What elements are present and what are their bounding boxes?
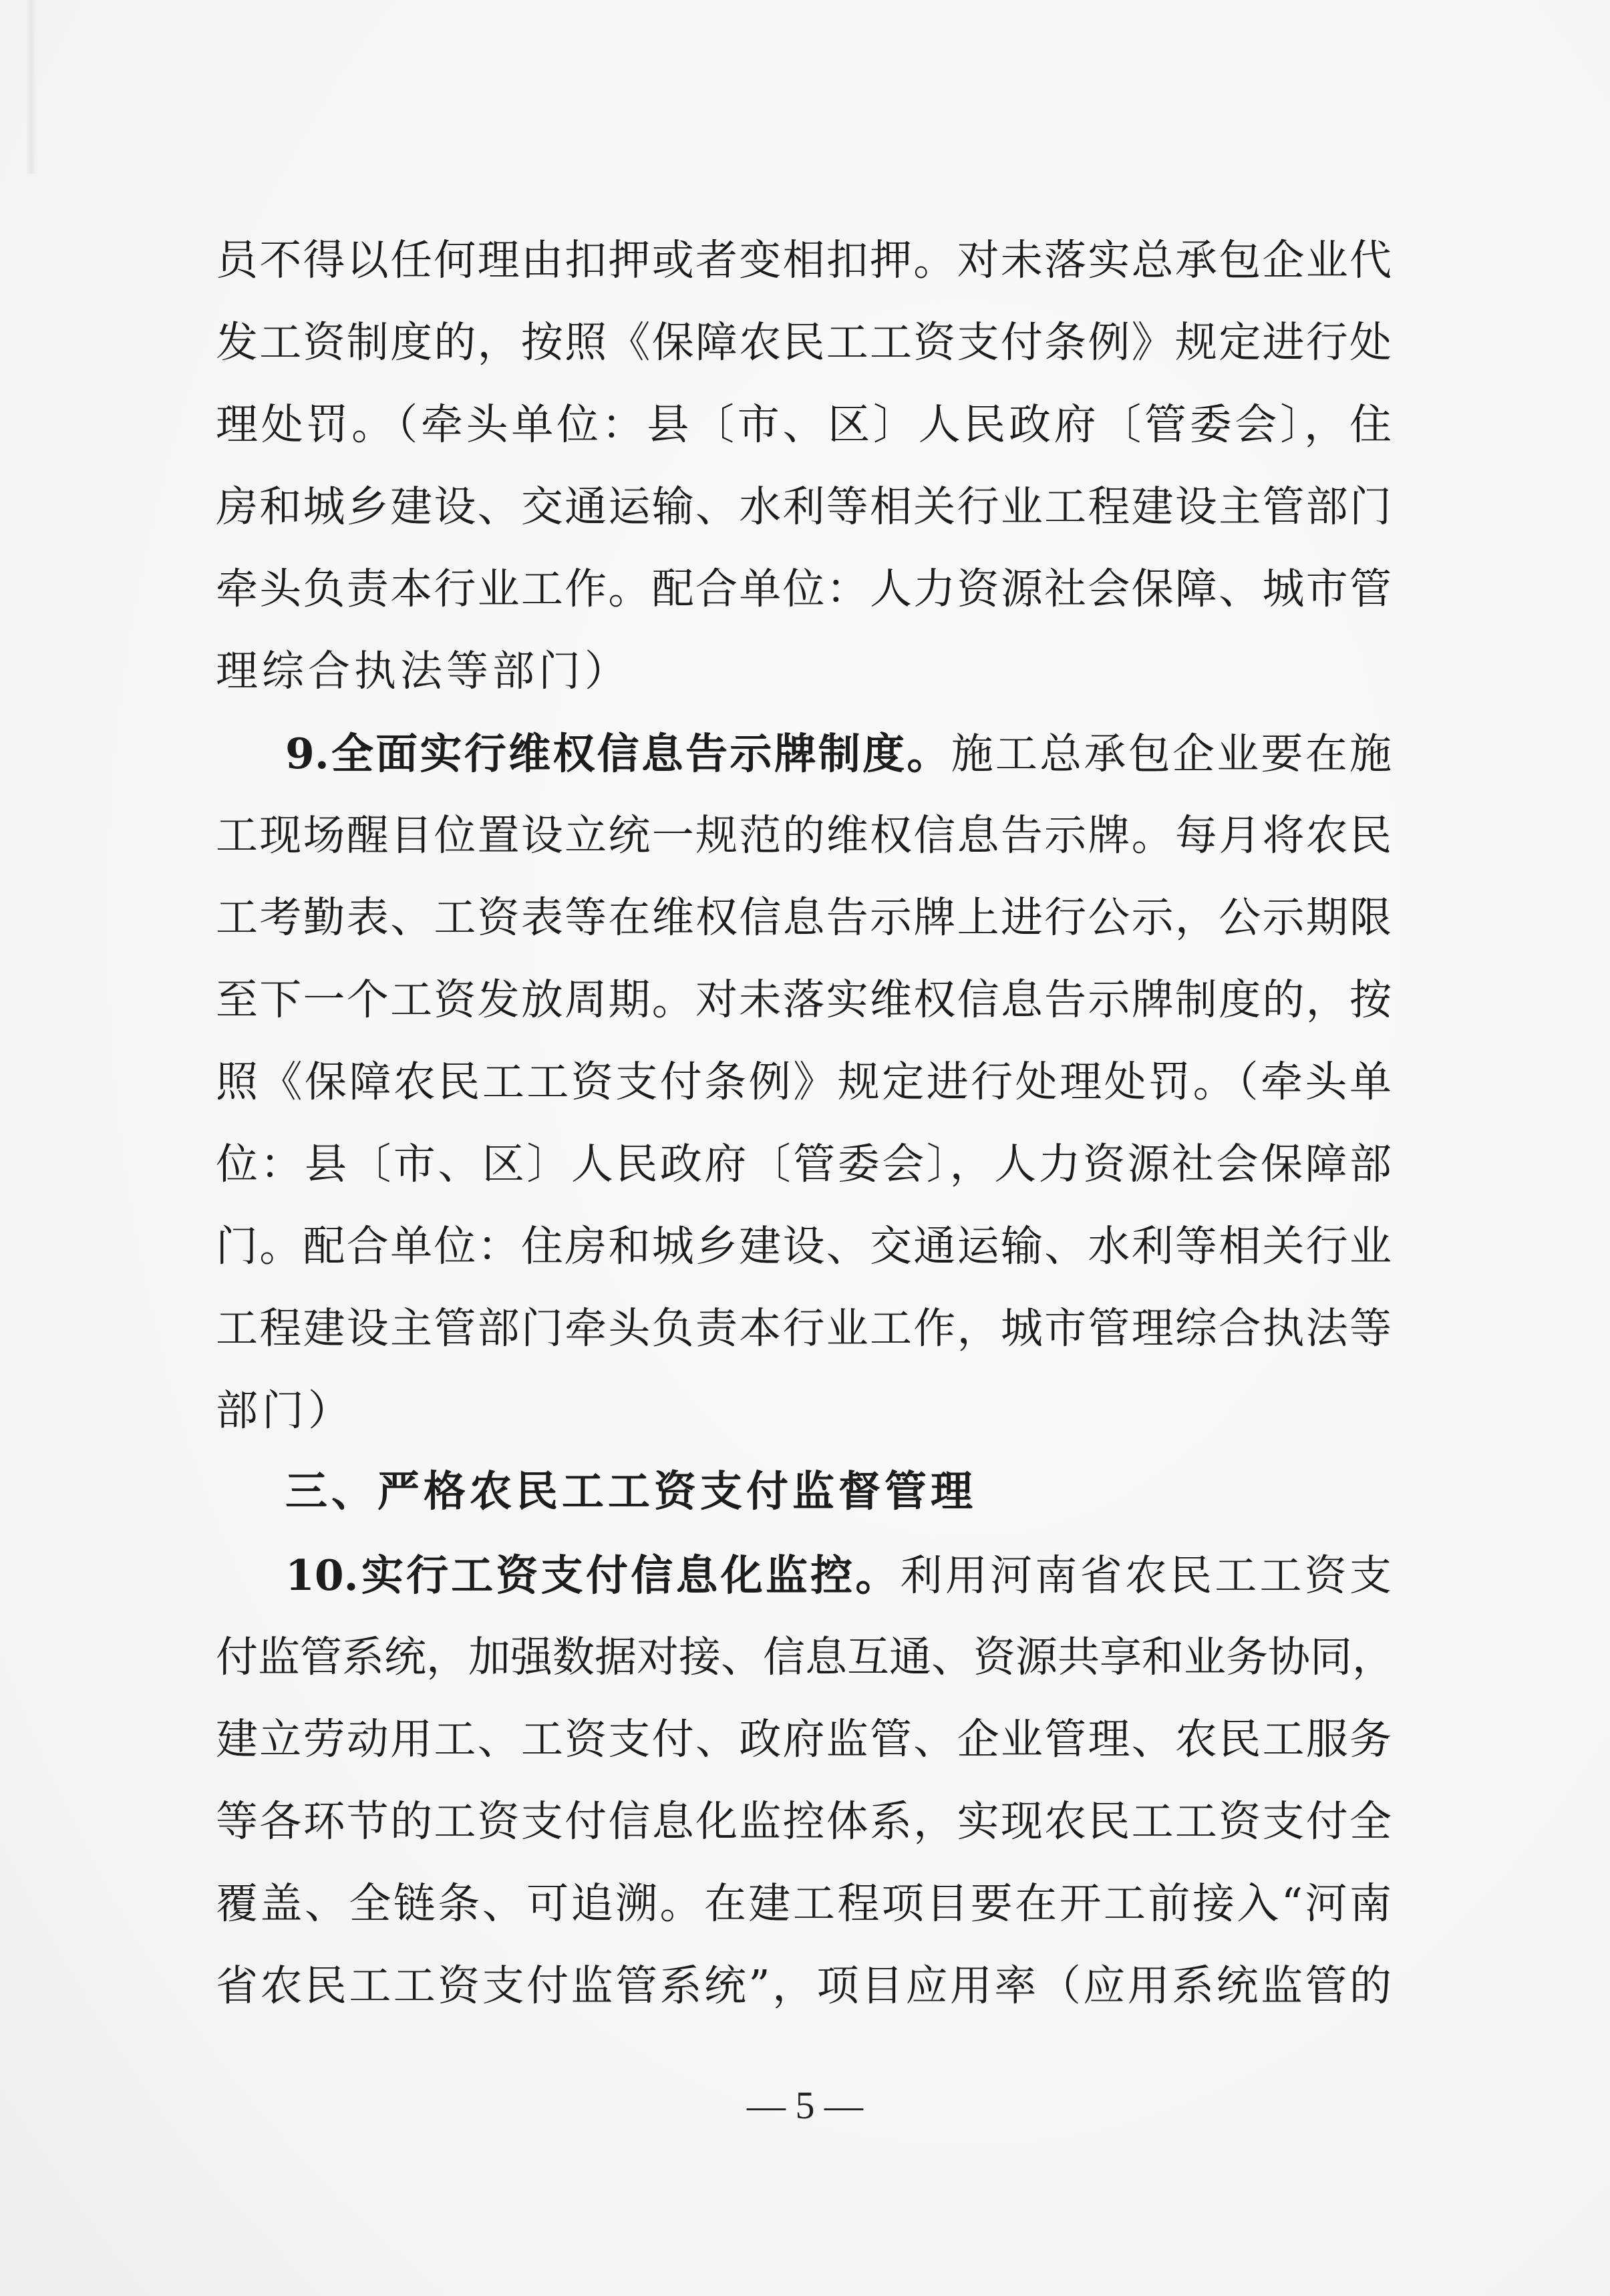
item-9-title: 9.全面实行维权信息告示牌制度。: [285, 729, 951, 778]
item-10-first-line: 10.实行工资支付信息化监控。利用河南省农民工工资支: [285, 1545, 1392, 1605]
body-line: 门。配合单位：住房和城乡建设、交通运输、水利等相关行业: [216, 1216, 1392, 1277]
body-line: 工现场醒目位置设立统一规范的维权信息告示牌。每月将农民: [216, 806, 1392, 866]
scan-fold-shadow: [27, 0, 36, 174]
body-line: 牵头负责本行业工作。配合单位：人力资源社会保障、城市管: [216, 559, 1392, 619]
item-10-title: 10.实行工资支付信息化监控。: [285, 1550, 901, 1600]
body-line: 房和城乡建设、交通运输、水利等相关行业工程建设主管部门: [216, 477, 1392, 537]
body-line: 理处罚。（牵头单位：县〔市、区〕人民政府〔管委会〕，住: [216, 395, 1392, 455]
body-line: 理综合执法等部门）: [216, 641, 1392, 701]
item-10-text: 利用河南省农民工工资支: [901, 1551, 1392, 1600]
section-heading: 三、严格农民工工资支付监督管理: [285, 1462, 1392, 1522]
body-line: 照《保障农民工工资支付条例》规定进行处理处罚。（牵头单: [216, 1052, 1392, 1112]
body-line: 发工资制度的，按照《保障农民工工资支付条例》规定进行处: [216, 313, 1392, 373]
body-line: 省农民工工资支付监管系统”，项目应用率（应用系统监管的: [216, 1956, 1392, 2016]
item-9-first-line: 9.全面实行维权信息告示牌制度。施工总承包企业要在施: [285, 723, 1392, 784]
document-page: 员不得以任何理由扣押或者变相扣押。对未落实总承包企业代 发工资制度的，按照《保障…: [0, 0, 1610, 2296]
body-line: 覆盖、全链条、可追溯。在建工程项目要在开工前接入“河南: [216, 1874, 1392, 1934]
body-line: 建立劳动用工、工资支付、政府监管、企业管理、农民工服务: [216, 1709, 1392, 1770]
body-line: 工程建设主管部门牵头负责本行业工作，城市管理综合执法等: [216, 1299, 1392, 1359]
body-line: 工考勤表、工资表等在维权信息告示牌上进行公示，公示期限: [216, 888, 1392, 948]
body-line: 员不得以任何理由扣押或者变相扣押。对未落实总承包企业代: [216, 230, 1392, 291]
body-line: 至下一个工资发放周期。对未落实维权信息告示牌制度的，按: [216, 970, 1392, 1030]
page-number: — 5 —: [0, 2083, 1610, 2128]
body-line: 等各环节的工资支付信息化监控体系，实现农民工工资支付全: [216, 1792, 1392, 1852]
body-line: 部门）: [216, 1381, 1392, 1441]
body-line: 付监管系统，加强数据对接、信息互通、资源共享和业务协同，: [216, 1627, 1392, 1687]
body-line: 位：县〔市、区〕人民政府〔管委会〕，人力资源社会保障部: [216, 1134, 1392, 1194]
item-9-text: 施工总承包企业要在施: [951, 729, 1392, 778]
